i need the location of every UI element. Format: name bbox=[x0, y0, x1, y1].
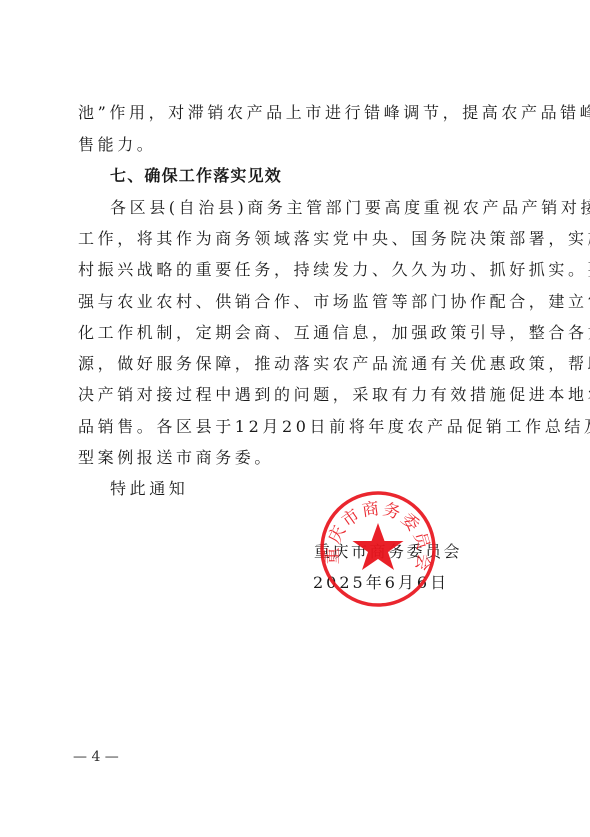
signature-date: 2025年6月6日 bbox=[313, 573, 449, 593]
paragraph-line: 品销售。各区县于12月20日前将年度农产品促销工作总结及典 bbox=[78, 417, 518, 437]
paragraph-line: 源，做好服务保障，推动落实农产品流通有关优惠政策，帮助解 bbox=[78, 354, 518, 374]
paragraph-line: 售能力。 bbox=[78, 135, 518, 155]
closing-text: 特此通知 bbox=[110, 479, 550, 499]
paragraph-line: 各区县(自治县)商务主管部门要高度重视农产品产销对接 bbox=[110, 198, 550, 218]
document-page: 池”作用，对滞销农产品上市进行错峰调节，提高农产品错峰销 售能力。 七、确保工作… bbox=[0, 0, 590, 837]
section-heading: 七、确保工作落实见效 bbox=[110, 166, 550, 186]
paragraph-line: 强与农业农村、供销合作、市场监管等部门协作配合，建立常态 bbox=[78, 292, 518, 312]
page-number: — 4 — bbox=[73, 748, 119, 766]
paragraph-line: 决产销对接过程中遇到的问题，采取有力有效措施促进本地农产 bbox=[78, 385, 518, 405]
paragraph-line: 型案例报送市商务委。 bbox=[78, 448, 518, 468]
paragraph-line: 工作，将其作为商务领域落实党中央、国务院决策部署，实施乡 bbox=[78, 229, 518, 249]
paragraph-line: 村振兴战略的重要任务，持续发力、久久为功、抓好抓实。要加 bbox=[78, 260, 518, 280]
paragraph-line: 池”作用，对滞销农产品上市进行错峰调节，提高农产品错峰销 bbox=[78, 103, 518, 123]
svg-text:重庆市商务委员会: 重庆市商务委员会 bbox=[323, 499, 434, 574]
signature-organization: 重庆市商务委员会 bbox=[314, 542, 462, 562]
paragraph-line: 化工作机制，定期会商、互通信息，加强政策引导，整合各方资 bbox=[78, 323, 518, 343]
